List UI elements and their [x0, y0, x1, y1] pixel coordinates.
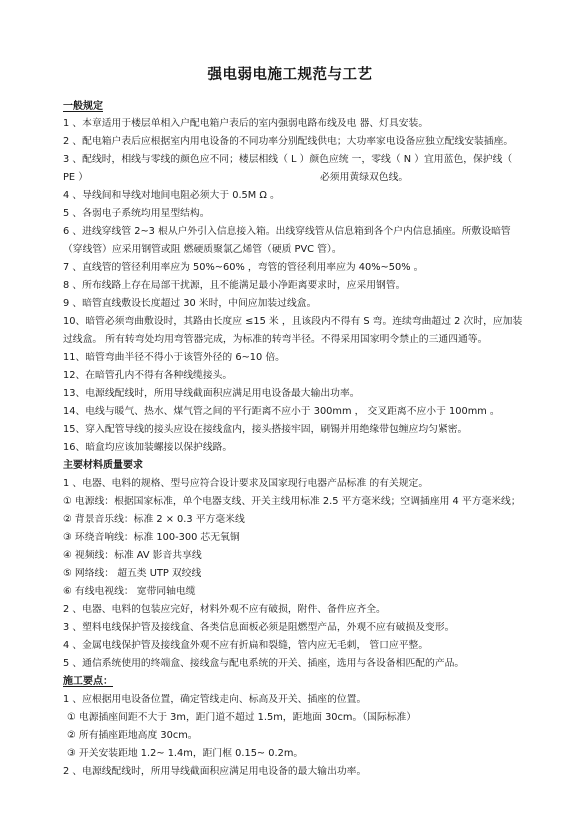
materials-item-1: 1 、电器、电料的规格、型号应符合设计要求及国家现行电器产品标准 的有关规定。	[63, 477, 428, 490]
general-item-6: 6 、进线穿线管 2~3 根从户外引入信息接入箱。出线穿线管从信息箱到各个户内信…	[63, 225, 511, 238]
materials-subitem-music-cable: ② 背景音乐线：标准 2 × 0.3 平方毫米线	[63, 513, 245, 526]
general-item-6-cont: （穿线管）应采用钢管或阻 燃硬质聚氯乙烯管（硬质 PVC 管）。	[63, 243, 342, 256]
construction-item-2: 2 、电源线配线时，所用导线截面积应满足用电设备的最大输出功率。	[63, 765, 366, 778]
general-item-16: 16、暗盒均应该加装螺接以保护线路。	[63, 441, 232, 454]
materials-subitem-video-cable: ④ 视频线：标准 AV 影音共享线	[63, 549, 202, 562]
general-item-11: 11、暗管弯曲半径不得小于该管外径的 6~10 倍。	[63, 351, 285, 364]
general-item-14: 14、电线与暖气、热水、煤气管之间的平行距离不应小于 300mm ， 交叉距离不…	[63, 405, 500, 418]
general-item-2: 2 、配电箱户表后应根据室内用电设备的不同功率分别配线供电；大功率家电设备应独立…	[63, 135, 513, 148]
section-heading-general: 一般规定	[63, 100, 103, 113]
general-item-10: 10、暗管必须弯曲敷设时，其路由长度应 ≤15 米 ，且该段内不得有 S 弯。连…	[63, 315, 522, 328]
general-item-12: 12、在暗管孔内不得有各种线缆接头。	[63, 369, 232, 382]
general-item-3-pe: PE ）	[63, 172, 88, 183]
general-item-15: 15、穿入配管导线的接头应设在接线盒内，接头搭接牢固，刷锡并用绝缘带包缠应均匀紧…	[63, 423, 467, 436]
construction-item-1: 1 、应根据用电设备位置，确定管线走向、标高及开关、插座的位置。	[63, 693, 366, 706]
general-item-4: 4 、导线间和导线对地间电阻必须大于 0.5M Ω 。	[63, 189, 280, 202]
general-item-1: 1 、本章适用于楼层单相入户配电箱户表后的室内强弱电路布线及电 器、灯具安装。	[63, 117, 428, 130]
document-page: 强电弱电施工规范与工艺 一般规定 1 、本章适用于楼层单相入户配电箱户表后的室内…	[0, 0, 580, 819]
materials-subitem-catv-cable: ⑥ 有线电视线： 宽带同轴电缆	[63, 585, 196, 598]
materials-item-5: 5 、通信系统使用的终端盒、接线盒与配电系统的开关、插座，选用与各设备相匹配的产…	[63, 657, 464, 670]
document-title: 强电弱电施工规范与工艺	[0, 63, 580, 84]
construction-subitem-socket-spacing: ① 电源插座间距不大于 3m，距门道不超过 1.5m，距地面 30cm。（国际标…	[67, 711, 416, 724]
general-item-8: 8 、所布线路上存在局部干扰源，且不能满足最小净距离要求时，应采用钢管。	[63, 279, 405, 292]
general-item-10-cont: 过线盒。 所有转弯处均用弯管器完成，为标准的转弯半径。不得采用国家明令禁止的三通…	[63, 333, 487, 346]
section-heading-construction: 施工要点：	[63, 675, 113, 688]
materials-item-4: 4 、金属电线保护管及接线盒外观不应有折扁和裂缝，管内应无毛刺， 管口应平整。	[63, 639, 428, 652]
general-item-5: 5 、各弱电子系统均用星型结构。	[63, 207, 210, 220]
general-item-13: 13、电源线配线时，所用导线截面积应满足用电设备最大输出功率。	[63, 387, 360, 400]
materials-item-3: 3 、塑料电线保护管及接线盒、各类信息面板必须是阻燃型产品，外观不应有破损及变形…	[63, 621, 454, 634]
general-item-7: 7 、直线管的管径利用率应为 50%~60% ，弯管的管径利用率应为 40%~5…	[63, 261, 423, 274]
construction-subitem-switch-height: ③ 开关安装距地 1.2~ 1.4m，距门框 0.15~ 0.2m。	[67, 747, 303, 760]
construction-subitem-socket-height: ② 所有插座距地高度 30cm。	[67, 729, 198, 742]
materials-item-2: 2 、电器、电料的包装应完好，材料外观不应有破损，附件、备件应齐全。	[63, 603, 386, 616]
general-item-3-cont: PE ）必须用黄绿双色线。	[63, 171, 408, 184]
general-item-9: 9 、暗管直线敷设长度超过 30 米时，中间应加装过线盒。	[63, 297, 316, 310]
general-item-3: 3 、配线时，相线与零线的颜色应不同；楼层相线（ L ）颜色应统 一，零线（ N…	[63, 153, 512, 166]
general-item-3-tail: 必须用黄绿双色线。	[320, 172, 408, 183]
materials-subitem-network-cable: ⑤ 网络线： 超五类 UTP 双绞线	[63, 567, 201, 580]
materials-subitem-surround-cable: ③ 环绕音响线：标准 100-300 芯无氧铜	[63, 531, 240, 544]
materials-subitem-power-cable: ① 电源线：根据国家标准，单个电器支线、开关主线用标准 2.5 平方毫米线；空调…	[63, 495, 521, 508]
section-heading-materials: 主要材料质量要求	[63, 459, 143, 472]
